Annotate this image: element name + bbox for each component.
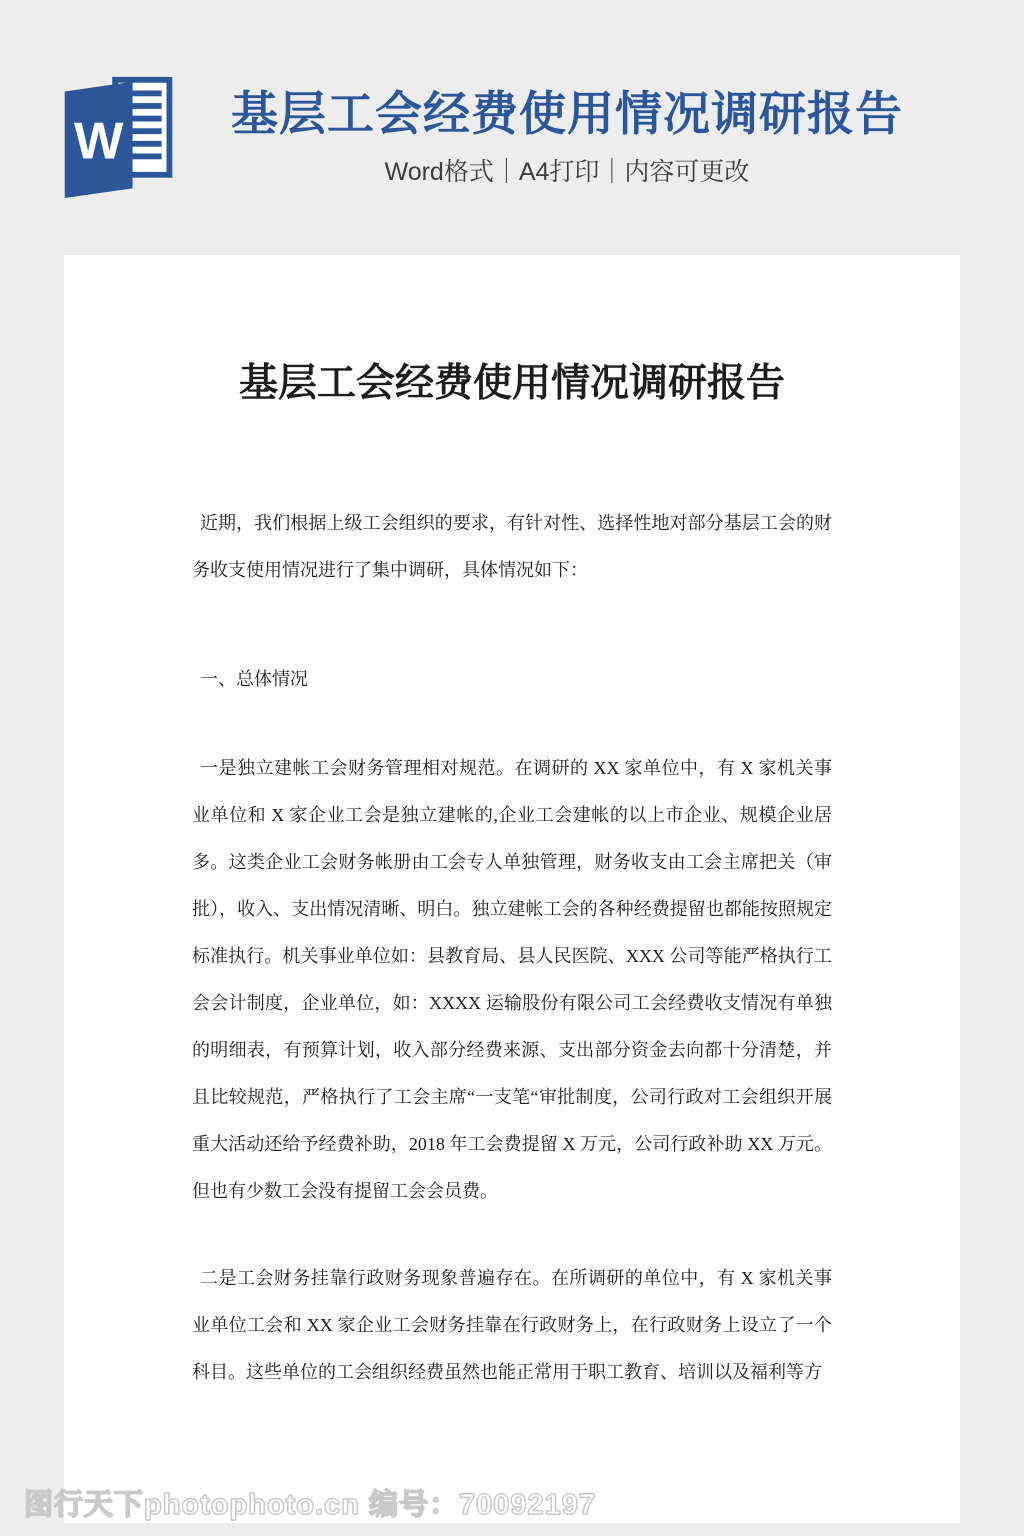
template-subtitle: Word格式｜A4打印｜内容可更改 (110, 152, 1024, 188)
document-page: 基层工会经费使用情况调研报告 近期，我们根据上级工会组织的要求，有针对性、选择性… (64, 255, 960, 1523)
site-watermark: 图行天下photophoto.cn 编号：70092197 (24, 1482, 596, 1523)
template-title: 基层工会经费使用情况调研报告 (110, 86, 1024, 142)
page-canvas: W 基层工会经费使用情况调研报告 Word格式｜A4打印｜内容可更改 基层工会经… (0, 0, 1024, 1536)
section-heading-overall-situation: 一、总体情况 (192, 656, 832, 703)
paragraph-intro: 近期，我们根据上级工会组织的要求，有针对性、选择性地对部分基层工会的财务收支使用… (192, 500, 832, 594)
document-title: 基层工会经费使用情况调研报告 (192, 359, 832, 410)
header: W 基层工会经费使用情况调研报告 Word格式｜A4打印｜内容可更改 (0, 0, 1024, 255)
paragraph-point-one: 一是独立建帐工会财务管理相对规范。在调研的 XX 家单位中，有 X 家机关事业单… (192, 745, 832, 1215)
paragraph-point-two: 二是工会财务挂靠行政财务现象普遍存在。在所调研的单位中，有 X 家机关事业单位工… (192, 1255, 832, 1396)
header-text: 基层工会经费使用情况调研报告 Word格式｜A4打印｜内容可更改 (110, 86, 1024, 188)
